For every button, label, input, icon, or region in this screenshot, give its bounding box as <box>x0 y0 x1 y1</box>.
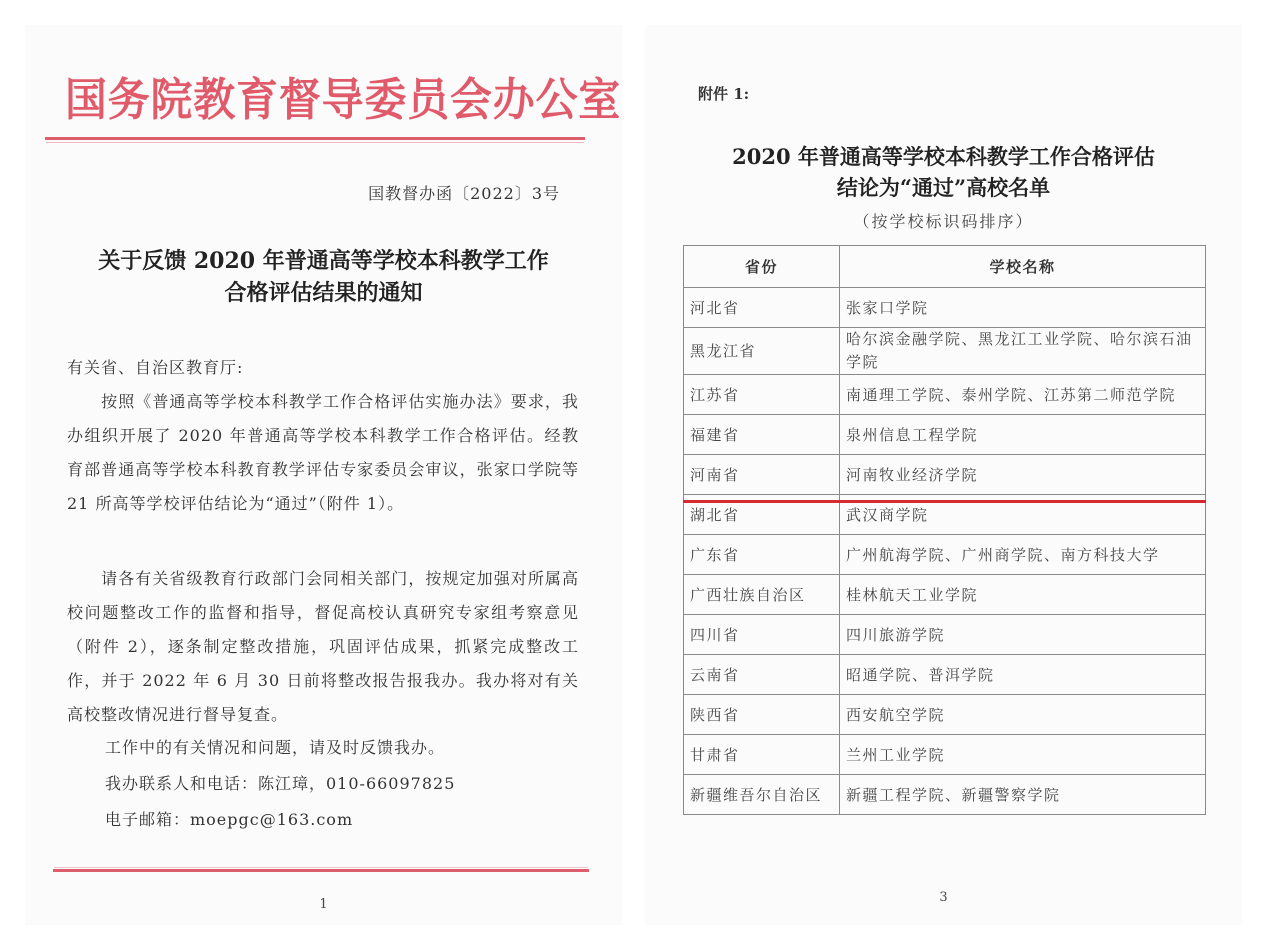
page-number: 3 <box>645 890 1242 905</box>
province-cell: 江苏省 <box>684 375 840 415</box>
body-paragraph-2: 请各有关省级教育行政部门会同相关部门，按规定加强对所属高校问题整改工作的监督和指… <box>67 562 579 732</box>
list-title: 2020 年普通高等学校本科教学工作合格评估 结论为“通过”高校名单 <box>645 141 1242 203</box>
province-cell: 广西壮族自治区 <box>684 575 840 615</box>
table-row: 云南省 昭通学院、普洱学院 <box>684 655 1206 695</box>
province-cell: 福建省 <box>684 415 840 455</box>
province-cell: 河北省 <box>684 288 840 328</box>
schools-cell: 广州航海学院、广州商学院、南方科技大学 <box>840 535 1206 575</box>
table-row: 黑龙江省 哈尔滨金融学院、黑龙江工业学院、哈尔滨石油学院 <box>684 328 1206 375</box>
attachment-label: 附件 1: <box>698 83 749 104</box>
schools-cell: 昭通学院、普洱学院 <box>840 655 1206 695</box>
masthead-title: 国务院教育督导委员会办公室 <box>65 63 549 128</box>
table-row: 福建省 泉州信息工程学院 <box>684 415 1206 455</box>
schools-cell: 西安航空学院 <box>840 695 1206 735</box>
table-row: 广西壮族自治区 桂林航天工业学院 <box>684 575 1206 615</box>
schools-cell: 哈尔滨金融学院、黑龙江工业学院、哈尔滨石油学院 <box>840 328 1206 375</box>
footer-red-rule <box>53 869 589 872</box>
table-row: 四川省 四川旅游学院 <box>684 615 1206 655</box>
schools-cell: 桂林航天工业学院 <box>840 575 1206 615</box>
table-row: 河北省 张家口学院 <box>684 288 1206 328</box>
schools-cell: 泉州信息工程学院 <box>840 415 1206 455</box>
notice-title-line1: 关于反馈 2020 年普通高等学校本科教学工作 <box>25 245 622 277</box>
table-row: 广东省 广州航海学院、广州商学院、南方科技大学 <box>684 535 1206 575</box>
table-row: 陕西省 西安航空学院 <box>684 695 1206 735</box>
table-header-row: 省份 学校名称 <box>684 246 1206 288</box>
notice-title: 关于反馈 2020 年普通高等学校本科教学工作 合格评估结果的通知 <box>25 245 622 309</box>
table-row: 甘肃省 兰州工业学院 <box>684 735 1206 775</box>
contact-line: 我办联系人和电话：陈江璋，010-66097825 <box>105 771 455 794</box>
province-cell: 四川省 <box>684 615 840 655</box>
attachment-page: 附件 1: 2020 年普通高等学校本科教学工作合格评估 结论为“通过”高校名单… <box>645 25 1242 925</box>
schools-cell: 张家口学院 <box>840 288 1206 328</box>
list-subtitle: （按学校标识码排序） <box>645 209 1242 232</box>
header-province: 省份 <box>684 246 840 288</box>
header-school-name: 学校名称 <box>840 246 1206 288</box>
page-number: 1 <box>25 897 622 912</box>
document-number: 国教督办函〔2022〕3号 <box>368 181 560 204</box>
email-line: 电子邮箱：moepgc@163.com <box>105 807 353 830</box>
feedback-line: 工作中的有关情况和问题，请及时反馈我办。 <box>105 735 445 758</box>
schools-cell: 四川旅游学院 <box>840 615 1206 655</box>
red-highlight-line <box>683 500 1206 503</box>
province-cell: 陕西省 <box>684 695 840 735</box>
province-cell: 黑龙江省 <box>684 328 840 375</box>
schools-cell: 南通理工学院、泰州学院、江苏第二师范学院 <box>840 375 1206 415</box>
salutation: 有关省、自治区教育厅: <box>67 355 243 378</box>
schools-cell: 河南牧业经济学院 <box>840 455 1206 495</box>
notice-title-line2: 合格评估结果的通知 <box>25 277 622 309</box>
province-cell: 云南省 <box>684 655 840 695</box>
table-row: 河南省 河南牧业经济学院 <box>684 455 1206 495</box>
table-row: 江苏省 南通理工学院、泰州学院、江苏第二师范学院 <box>684 375 1206 415</box>
header-red-rule <box>45 137 585 140</box>
list-title-line2: 结论为“通过”高校名单 <box>645 172 1242 203</box>
province-cell: 新疆维吾尔自治区 <box>684 775 840 815</box>
body-paragraph-1: 按照《普通高等学校本科教学工作合格评估实施办法》要求，我办组织开展了 2020 … <box>67 385 579 521</box>
schools-cell: 兰州工业学院 <box>840 735 1206 775</box>
province-cell: 河南省 <box>684 455 840 495</box>
province-cell: 广东省 <box>684 535 840 575</box>
school-list-table: 省份 学校名称 河北省 张家口学院 黑龙江省 哈尔滨金融学院、黑龙江工业学院、哈… <box>683 245 1206 815</box>
schools-cell: 新疆工程学院、新疆警察学院 <box>840 775 1206 815</box>
table-row: 新疆维吾尔自治区 新疆工程学院、新疆警察学院 <box>684 775 1206 815</box>
notice-page: 国务院教育督导委员会办公室 国教督办函〔2022〕3号 关于反馈 2020 年普… <box>25 25 622 925</box>
list-title-line1: 2020 年普通高等学校本科教学工作合格评估 <box>645 141 1242 172</box>
province-cell: 甘肃省 <box>684 735 840 775</box>
